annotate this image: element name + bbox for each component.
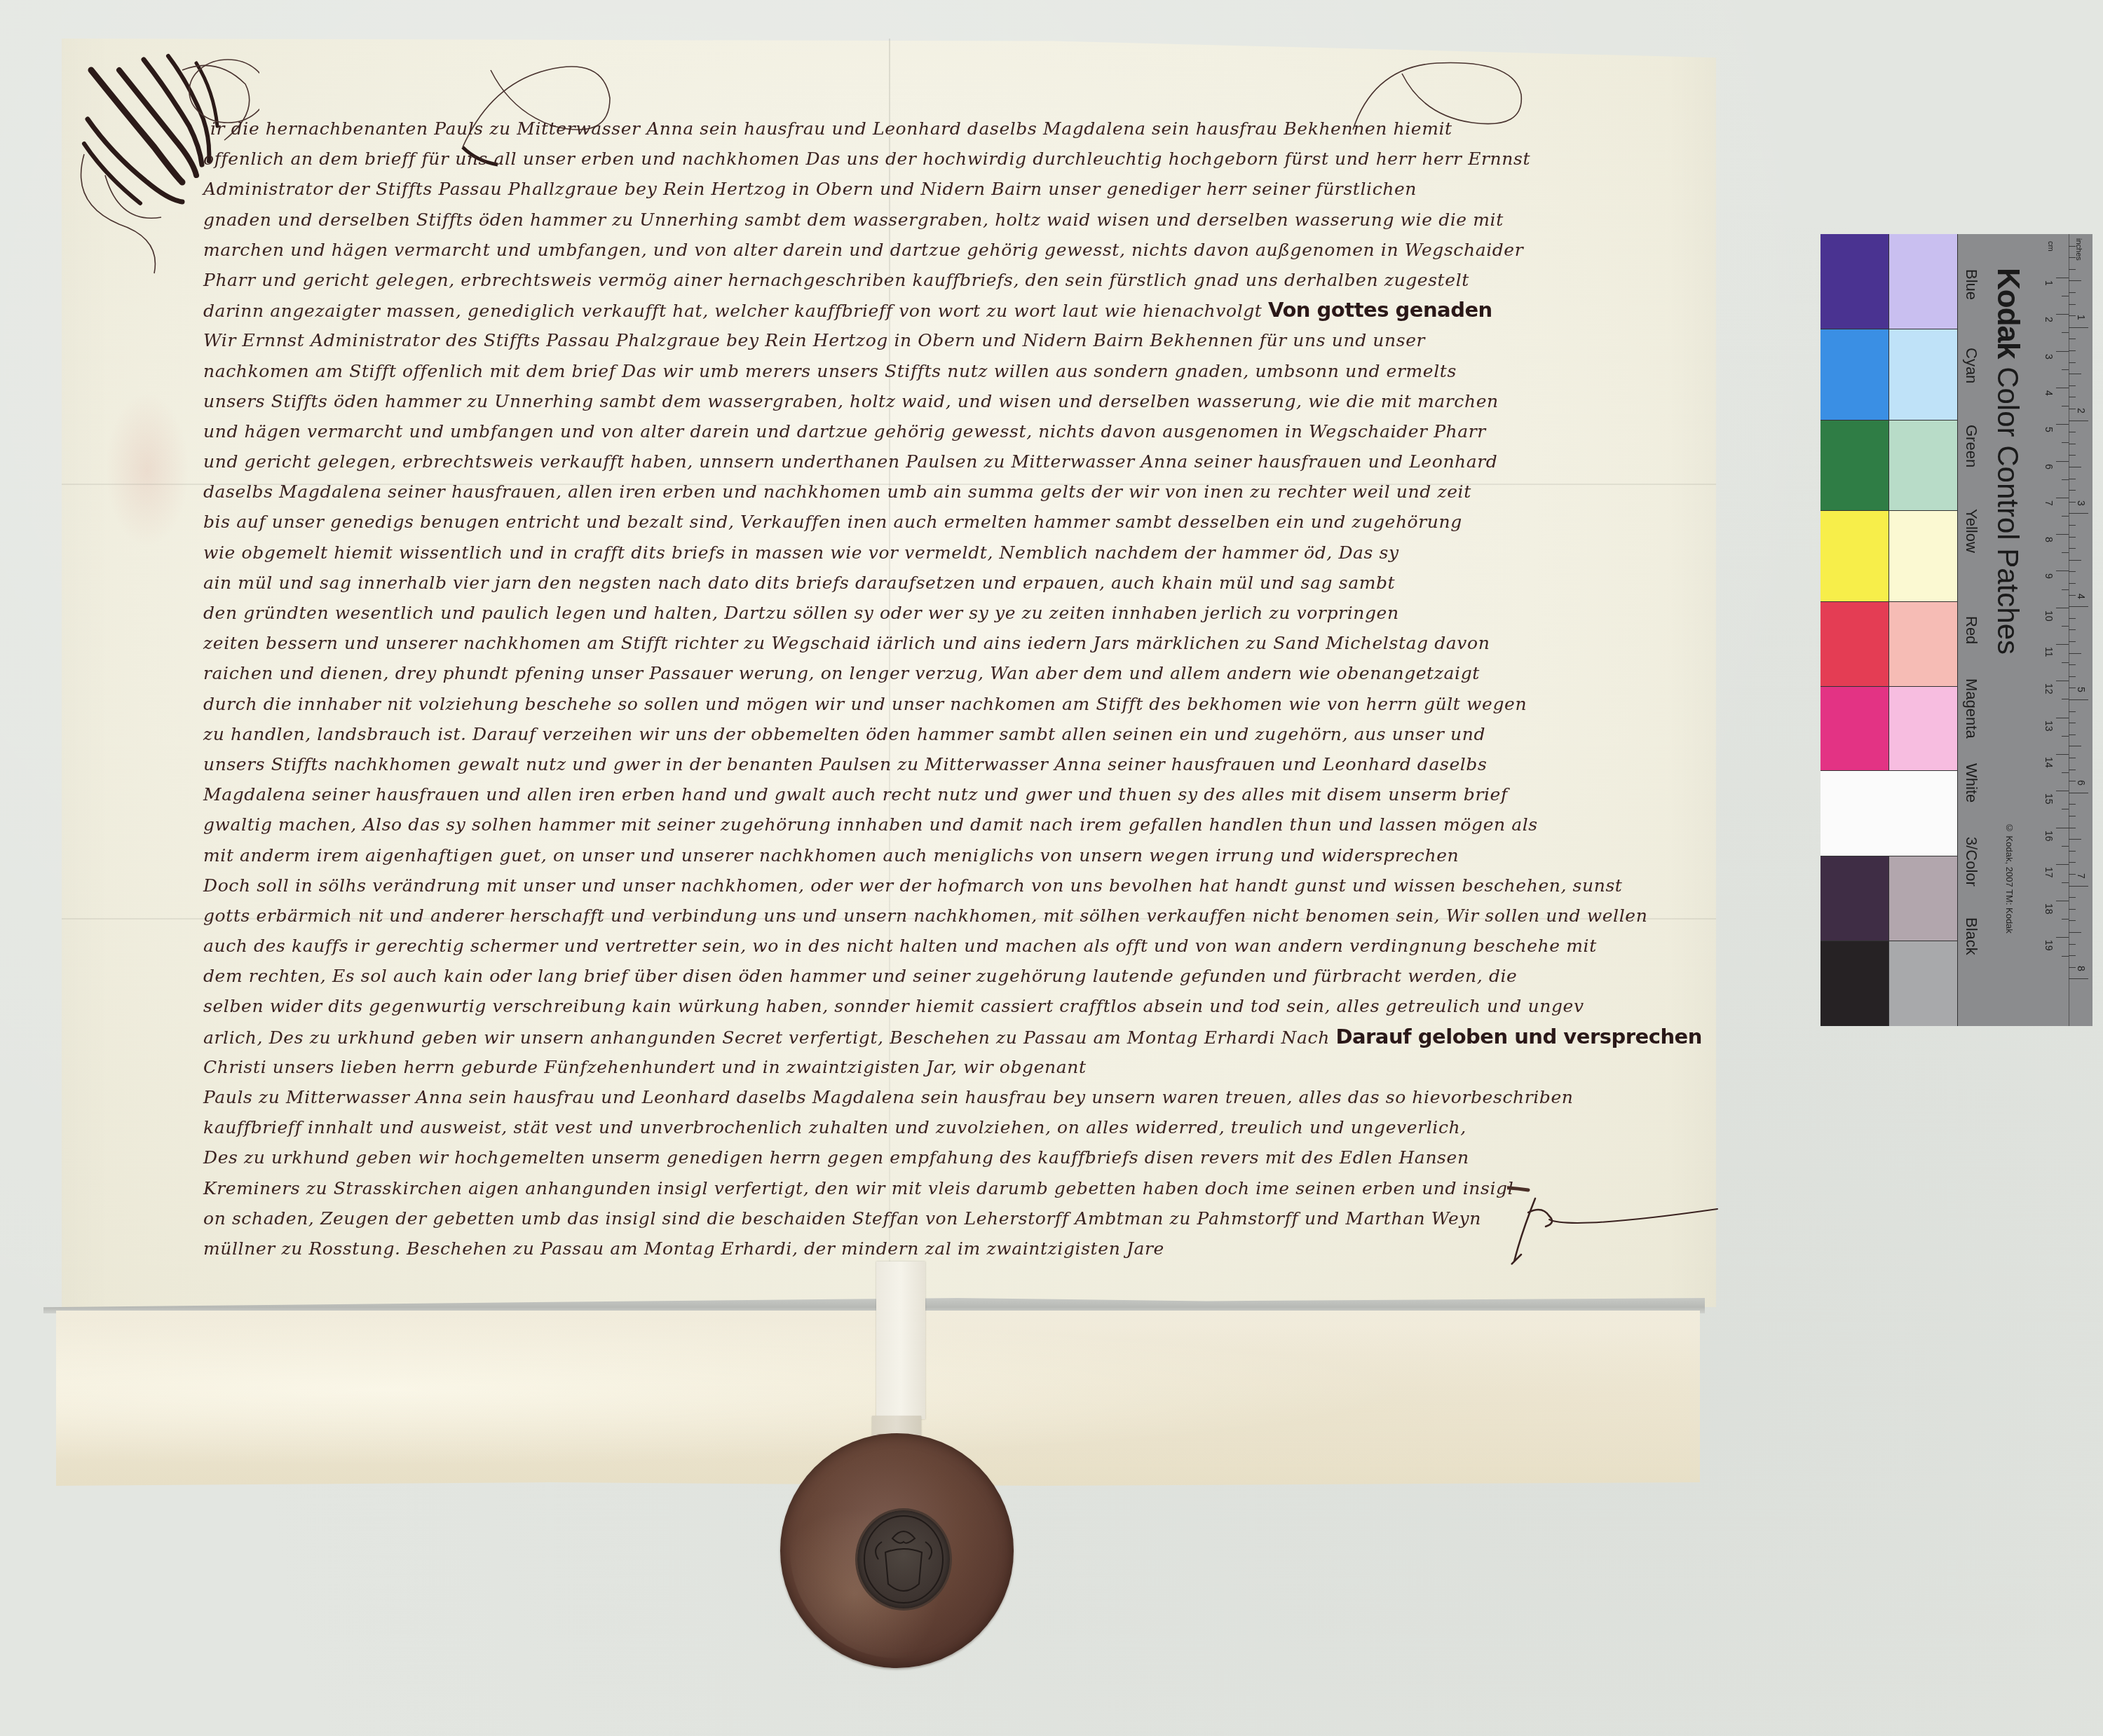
cm-tick-label: 11 — [2043, 647, 2055, 657]
cm-tick-label: 5 — [2043, 427, 2055, 432]
cm-tick-label: 15 — [2043, 793, 2055, 805]
patch-green-light — [1889, 421, 1958, 511]
cm-tick-label: 16 — [2043, 831, 2055, 842]
inch-tick-label: 3 — [2076, 500, 2087, 506]
inch-sub-tick — [2069, 641, 2076, 642]
cm-tick — [2056, 901, 2069, 901]
cm-tick-label: 10 — [2043, 610, 2055, 622]
patch-magenta-light — [1889, 687, 1958, 771]
inch-sub-tick — [2069, 758, 2076, 758]
cm-tick — [2056, 644, 2069, 645]
inch-sub-tick — [2069, 467, 2081, 467]
text-line: Administrator der Stiffts Passau Phallzg… — [203, 174, 1710, 204]
text-line: nachkomen am Stifft offenlich mit dem br… — [203, 356, 1710, 386]
patch-black-dark — [1820, 941, 1889, 1026]
cm-half-tick — [2062, 589, 2069, 590]
patch-green-dark — [1820, 421, 1889, 511]
cm-tick-label: 12 — [2043, 683, 2055, 695]
cm-tick — [2056, 351, 2069, 352]
inch-sub-tick — [2069, 967, 2076, 968]
inch-tick-label: 4 — [2076, 594, 2087, 599]
inch-sub-tick — [2069, 816, 2076, 816]
patch-red-dark — [1820, 602, 1889, 686]
inch-tick-label: 8 — [2076, 966, 2087, 971]
inch-sub-tick — [2069, 781, 2076, 781]
text-line: darinn angezaigter massen, genediglich v… — [203, 295, 1710, 325]
text-line: Wir Ernnst Administrator des Stiffts Pas… — [203, 325, 1710, 355]
inch-sub-tick — [2069, 246, 2076, 247]
inch-sub-tick — [2069, 804, 2076, 805]
inch-sub-tick — [2069, 479, 2076, 479]
cm-half-tick — [2062, 956, 2069, 957]
text-line: den gründten wesentlich und paulich lege… — [203, 598, 1710, 628]
cm-half-tick — [2062, 296, 2069, 296]
inch-sub-tick — [2069, 432, 2076, 432]
patch-label: Yellow — [1962, 509, 1980, 553]
cm-tick — [2056, 681, 2069, 681]
patch-label: Red — [1962, 616, 1980, 644]
text-line: raichen und dienen, drey phundt pfening … — [203, 658, 1710, 688]
measurement-scale: cm inches 123456789101112131415161718191… — [2041, 234, 2092, 1026]
inch-tick-label: 2 — [2076, 408, 2087, 414]
cm-half-tick — [2062, 332, 2069, 333]
text-line: Pharr und gericht gelegen, erbrechtsweis… — [203, 265, 1710, 295]
cm-half-tick — [2062, 736, 2069, 737]
inch-tick — [2069, 513, 2088, 514]
cm-tick — [2056, 828, 2069, 828]
inch-sub-tick — [2069, 839, 2081, 840]
inch-sub-tick — [2069, 770, 2076, 770]
text-line: Kreminers zu Strasskirchen aigen anhangu… — [203, 1173, 1710, 1203]
cm-tick — [2056, 424, 2069, 425]
cm-tick-label: 14 — [2043, 757, 2055, 768]
inch-sub-tick — [2069, 304, 2076, 305]
cm-tick — [2056, 754, 2069, 755]
cm-tick-label: 19 — [2043, 940, 2055, 951]
cm-half-tick — [2062, 882, 2069, 883]
inch-sub-tick — [2069, 676, 2076, 677]
patch-row-cyan — [1820, 329, 1958, 421]
patch-row-3color — [1820, 856, 1958, 941]
inch-sub-tick — [2069, 920, 2076, 921]
inch-tick-label: 7 — [2076, 873, 2087, 879]
cm-tick-label: 8 — [2043, 537, 2055, 542]
inch-sub-tick — [2069, 664, 2076, 665]
inch-sub-tick — [2069, 909, 2076, 910]
cm-tick — [2056, 570, 2069, 571]
cm-half-tick — [2062, 809, 2069, 809]
charter-text: ir die hernachbenanten Pauls zu Mitterwa… — [203, 114, 1710, 1264]
inch-sub-tick — [2069, 525, 2076, 526]
text-line: mit anderm irem aigenhaftigen guet, on u… — [203, 840, 1710, 870]
inch-tick — [2069, 886, 2088, 887]
cm-tick-label: 3 — [2043, 354, 2055, 360]
patch-cyan-light — [1889, 329, 1958, 420]
text-line: marchen und hägen vermarcht und umbfange… — [203, 235, 1710, 265]
kodak-brand-logo: Kodak — [1991, 268, 2025, 358]
text-line: gotts erbärmich nit und anderer herschaf… — [203, 901, 1710, 931]
inch-sub-tick — [2069, 711, 2076, 712]
cm-tick — [2056, 498, 2069, 498]
text-line: bis auf unser genedigs benugen entricht … — [203, 507, 1710, 537]
text-line: Doch soll in sölhs verändrung mit unser … — [203, 870, 1710, 901]
text-line: müllner zu Rosstung. Beschehen zu Passau… — [203, 1233, 1710, 1264]
cm-half-tick — [2062, 626, 2069, 627]
inch-sub-tick — [2069, 734, 2076, 735]
text-line: und hägen vermarcht und umbfangen und vo… — [203, 416, 1710, 446]
text-line: unsers Stiffts nachkhomen gewalt nutz un… — [203, 749, 1710, 779]
inch-sub-tick — [2069, 897, 2076, 898]
cm-tick-label: 17 — [2043, 867, 2055, 878]
text-line: auch des kauffs ir gerechtig schermer un… — [203, 931, 1710, 961]
inch-sub-tick — [2069, 374, 2081, 374]
inch-sub-tick — [2069, 548, 2076, 549]
inch-tick — [2069, 699, 2088, 700]
text-line: unsers Stiffts öden hammer zu Unnerhing … — [203, 386, 1710, 416]
seal-coat-of-arms-icon — [857, 1510, 950, 1608]
patch-row-red — [1820, 602, 1958, 687]
stain-mark — [105, 392, 189, 547]
text-line: arlich, Des zu urkhund geben wir unsern … — [203, 1022, 1710, 1052]
text-line: zu handlen, landsbrauch ist. Darauf verz… — [203, 719, 1710, 749]
seal-tag — [876, 1262, 925, 1419]
inch-sub-tick — [2069, 851, 2076, 852]
patch-row-magenta — [1820, 687, 1958, 772]
text-line: Magdalena seiner hausfrauen und allen ir… — [203, 779, 1710, 809]
cm-tick-label: 6 — [2043, 464, 2055, 470]
inch-tick — [2069, 327, 2088, 328]
patch-blue-dark — [1820, 234, 1889, 329]
cm-half-tick — [2062, 699, 2069, 699]
inch-sub-tick — [2069, 350, 2076, 351]
cm-tick — [2056, 314, 2069, 315]
cm-tick — [2056, 937, 2069, 938]
inch-sub-tick — [2069, 932, 2081, 933]
cm-half-tick — [2062, 406, 2069, 406]
patch-label: Blue — [1962, 269, 1980, 300]
cm-half-tick — [2062, 516, 2069, 517]
cm-tick-label: 9 — [2043, 573, 2055, 579]
inch-sub-tick — [2069, 455, 2076, 456]
patch-blue-light — [1889, 234, 1958, 329]
kodak-copyright: © Kodak, 2007 TM: Kodak — [2004, 823, 2015, 934]
text-line: offenlich an dem brieff für uns all unse… — [203, 144, 1710, 174]
cm-half-tick — [2062, 919, 2069, 920]
inch-sub-tick — [2069, 444, 2076, 444]
inch-sub-tick — [2069, 723, 2076, 723]
cm-tick-label: 4 — [2043, 390, 2055, 396]
inch-sub-tick — [2069, 955, 2076, 956]
cm-tick — [2056, 718, 2069, 718]
text-line: dem rechten, Es sol auch kain oder lang … — [203, 961, 1710, 991]
text-line: gnaden und derselben Stiffts öden hammer… — [203, 205, 1710, 235]
inch-tick — [2069, 793, 2088, 793]
text-line: selben wider dits gegenwurtig verschreib… — [203, 991, 1710, 1021]
cm-tick-label: 2 — [2043, 317, 2055, 322]
patch-label: 3/Color — [1962, 837, 1980, 887]
patch-row-blue — [1820, 234, 1958, 329]
cm-tick — [2056, 388, 2069, 388]
patch-label: Magenta — [1962, 678, 1980, 739]
inch-sub-tick — [2069, 362, 2076, 363]
inch-tick — [2069, 421, 2088, 421]
patch-cyan-dark — [1820, 329, 1889, 420]
inch-sub-tick — [2069, 315, 2076, 316]
patch-labels: Blue Cyan Green Yellow Red Magenta White… — [1958, 234, 2042, 1026]
inch-sub-tick — [2069, 560, 2081, 561]
patch-white — [1820, 771, 1958, 856]
cm-tick-label: 18 — [2043, 903, 2055, 915]
text-line: Des zu urkhund geben wir hochgemelten un… — [203, 1142, 1710, 1173]
patch-label: Cyan — [1962, 348, 1980, 383]
inch-sub-tick — [2069, 629, 2076, 630]
inch-sub-tick — [2069, 292, 2076, 293]
inch-sub-tick — [2069, 618, 2076, 619]
inch-sub-tick — [2069, 746, 2081, 746]
patch-3color-dark — [1820, 856, 1889, 941]
cm-half-tick — [2062, 369, 2069, 370]
signature-mark-icon — [1507, 1184, 1731, 1269]
inch-sub-tick — [2069, 874, 2076, 875]
inch-tick-label: 1 — [2076, 315, 2087, 320]
inch-sub-tick — [2069, 862, 2076, 863]
inch-sub-tick — [2069, 944, 2076, 945]
cm-tick-label: 13 — [2043, 720, 2055, 732]
cm-half-tick — [2062, 442, 2069, 443]
text-line: ain mül und sag innerhalb vier jarn den … — [203, 568, 1710, 598]
inch-sub-tick — [2069, 828, 2076, 828]
text-line: durch die innhaber nit volziehung besche… — [203, 689, 1710, 719]
inch-sub-tick — [2069, 653, 2081, 654]
text-line: ir die hernachbenanten Pauls zu Mitterwa… — [210, 114, 1710, 144]
text-line: zeiten bessern und unserer nachkhomen am… — [203, 628, 1710, 658]
patch-row-black — [1820, 941, 1958, 1026]
cm-half-tick — [2062, 479, 2069, 480]
patch-yellow-dark — [1820, 511, 1889, 601]
emphasized-heading: Von gottes genaden — [1268, 298, 1492, 322]
cm-half-tick — [2062, 662, 2069, 663]
patch-row-yellow — [1820, 511, 1958, 602]
inch-tick-label: 6 — [2076, 780, 2087, 786]
inch-sub-tick — [2069, 490, 2076, 491]
inch-sub-tick — [2069, 537, 2076, 538]
text-line: wie obgemelt hiemit wissentlich und in c… — [203, 538, 1710, 568]
text-line: daselbs Magdalena seiner hausfrauen, all… — [203, 477, 1710, 507]
patch-label: Green — [1962, 425, 1980, 467]
cm-tick-label: 1 — [2043, 280, 2055, 286]
inch-sub-tick — [2069, 280, 2081, 281]
cm-tick — [2056, 864, 2069, 865]
emphasized-heading: Darauf geloben und versprechen — [1335, 1025, 1702, 1048]
text-line: gwaltig machen, Also das sy solhen hamme… — [203, 809, 1710, 840]
patch-label: Black — [1962, 917, 1980, 955]
kodak-ruler: Blue Cyan Green Yellow Red Magenta White… — [1958, 234, 2092, 1026]
kodak-title: Kodak Color Control Patches — [1990, 268, 2025, 655]
cm-tick — [2056, 534, 2069, 535]
inch-tick — [2069, 606, 2088, 607]
inch-sub-tick — [2069, 583, 2076, 584]
text-line: on schaden, Zeugen der gebetten umb das … — [203, 1203, 1710, 1233]
patch-label: White — [1962, 763, 1980, 802]
text-line: und gericht gelegen, erbrechtsweis verka… — [203, 446, 1710, 477]
cm-unit-label: cm — [2046, 241, 2055, 252]
patch-magenta-dark — [1820, 687, 1889, 771]
kodak-color-control-strip: Blue Cyan Green Yellow Red Magenta White… — [1820, 234, 2092, 1026]
inch-sub-tick — [2069, 502, 2076, 503]
patch-yellow-light — [1889, 511, 1958, 601]
inch-sub-tick — [2069, 269, 2076, 270]
inch-sub-tick — [2069, 339, 2076, 339]
patch-row-white — [1820, 771, 1958, 856]
inch-sub-tick — [2069, 688, 2076, 688]
inch-sub-tick — [2069, 397, 2076, 397]
inch-tick — [2069, 978, 2088, 979]
cm-tick — [2056, 791, 2069, 791]
patch-3color-light — [1889, 856, 1958, 941]
cm-tick — [2056, 461, 2069, 462]
text-line: Christi unsers lieben herrn geburde Fünf… — [203, 1052, 1710, 1082]
inch-sub-tick — [2069, 257, 2076, 258]
inch-tick-label: 5 — [2076, 687, 2087, 692]
patch-black-light — [1889, 941, 1958, 1026]
cm-half-tick — [2062, 846, 2069, 847]
cm-half-tick — [2062, 552, 2069, 553]
cm-tick — [2056, 608, 2069, 608]
text-line: Pauls zu Mitterwasser Anna sein hausfrau… — [203, 1082, 1710, 1112]
patch-red-light — [1889, 602, 1958, 686]
cm-tick-label: 7 — [2043, 500, 2055, 506]
cm-half-tick — [2062, 772, 2069, 773]
patch-row-green — [1820, 421, 1958, 512]
inch-sub-tick — [2069, 409, 2076, 409]
text-line: kauffbrieff innhalt und ausweist, stät v… — [203, 1112, 1710, 1142]
cm-tick — [2056, 278, 2069, 278]
inch-sub-tick — [2069, 595, 2076, 596]
color-patches — [1820, 234, 1958, 1026]
inch-sub-tick — [2069, 385, 2076, 386]
inch-sub-tick — [2069, 571, 2076, 572]
